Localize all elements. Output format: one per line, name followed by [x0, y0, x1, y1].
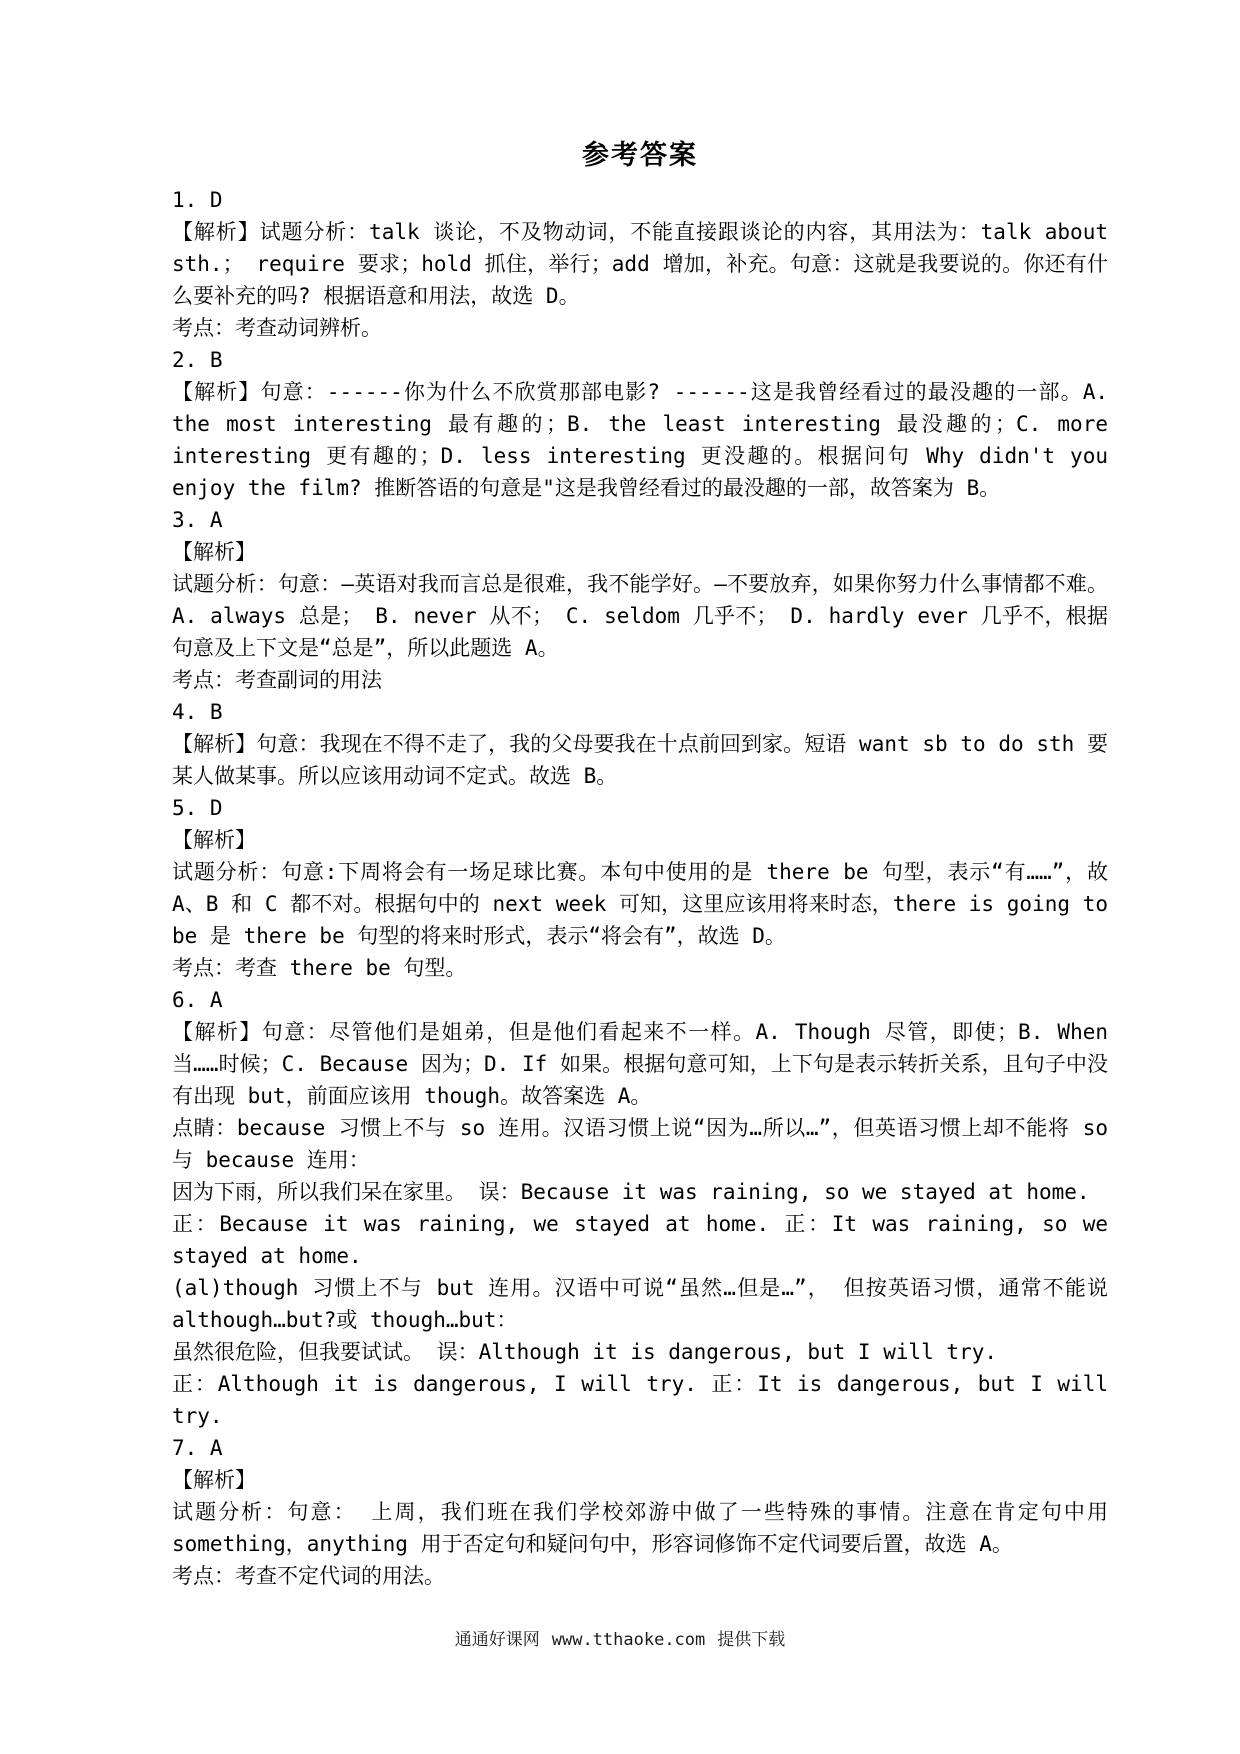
- analysis-paragraph: 试题分析：句意：—英语对我而言总是很难，我不能学好。—不要放弃，如果你努力什么事…: [172, 568, 1108, 664]
- answer-number: 5. D: [172, 792, 1108, 824]
- answer-item-1: 1. D 【解析】试题分析：talk 谈论，不及物动词，不能直接跟谈论的内容，其…: [172, 184, 1108, 344]
- analysis-paragraph: 【解析】试题分析：talk 谈论，不及物动词，不能直接跟谈论的内容，其用法为：t…: [172, 216, 1108, 312]
- answer-item-6: 6. A 【解析】句意：尽管他们是姐弟，但是他们看起来不一样。A. Though…: [172, 984, 1108, 1432]
- example-paragraph: 虽然很危险，但我要试试。 误：Although it is dangerous,…: [172, 1336, 1108, 1368]
- analysis-paragraph: 【解析】句意：我现在不得不走了，我的父母要我在十点前回到家。短语 want sb…: [172, 728, 1108, 792]
- example-paragraph: 正：Because it was raining, we stayed at h…: [172, 1208, 1108, 1272]
- answer-number: 4. B: [172, 696, 1108, 728]
- analysis-paragraph: 【解析】句意：------你为什么不欣赏那部电影? ------这是我曾经看过的…: [172, 376, 1108, 504]
- analysis-label-paragraph: 【解析】: [172, 824, 1108, 856]
- answer-item-7: 7. A 【解析】 试题分析：句意： 上周，我们班在我们学校郊游中做了一些特殊的…: [172, 1432, 1108, 1592]
- document-content: 参考答案 1. D 【解析】试题分析：talk 谈论，不及物动词，不能直接跟谈论…: [172, 136, 1108, 1592]
- analysis-paragraph: 试题分析：句意： 上周，我们班在我们学校郊游中做了一些特殊的事情。注意在肯定句中…: [172, 1496, 1108, 1560]
- footer-suffix: 提供下载: [717, 1630, 785, 1650]
- tip-paragraph: 点睛：because 习惯上不与 so 连用。汉语习惯上说“因为…所以…”，但英…: [172, 1112, 1108, 1176]
- analysis-paragraph: 【解析】句意：尽管他们是姐弟，但是他们看起来不一样。A. Though 尽管，即…: [172, 1016, 1108, 1112]
- answer-number: 7. A: [172, 1432, 1108, 1464]
- tip-paragraph: (al)though 习惯上不与 but 连用。汉语中可说“虽然…但是…”， 但…: [172, 1272, 1108, 1336]
- example-paragraph: 因为下雨，所以我们呆在家里。 误：Because it was raining,…: [172, 1176, 1108, 1208]
- exam-point-paragraph: 考点：考查 there be 句型。: [172, 952, 1108, 984]
- footer-url: www.tthaoke.com: [552, 1630, 706, 1650]
- footer-site-name: 通通好课网: [455, 1630, 540, 1650]
- exam-point-paragraph: 考点：考查动词辨析。: [172, 312, 1108, 344]
- answer-number: 1. D: [172, 184, 1108, 216]
- example-paragraph: 正：Although it is dangerous, I will try. …: [172, 1368, 1108, 1432]
- exam-point-paragraph: 考点：考查副词的用法: [172, 664, 1108, 696]
- answer-item-4: 4. B 【解析】句意：我现在不得不走了，我的父母要我在十点前回到家。短语 wa…: [172, 696, 1108, 792]
- answer-number: 6. A: [172, 984, 1108, 1016]
- answer-item-3: 3. A 【解析】 试题分析：句意：—英语对我而言总是很难，我不能学好。—不要放…: [172, 504, 1108, 696]
- answer-item-5: 5. D 【解析】 试题分析：句意:下周将会有一场足球比赛。本句中使用的是 th…: [172, 792, 1108, 984]
- page-title: 参考答案: [172, 136, 1108, 176]
- document-page: 参考答案 1. D 【解析】试题分析：talk 谈论，不及物动词，不能直接跟谈论…: [0, 0, 1240, 1754]
- exam-point-paragraph: 考点：考查不定代词的用法。: [172, 1560, 1108, 1592]
- answer-number: 2. B: [172, 344, 1108, 376]
- analysis-label-paragraph: 【解析】: [172, 536, 1108, 568]
- answer-item-2: 2. B 【解析】句意：------你为什么不欣赏那部电影? ------这是我…: [172, 344, 1108, 504]
- answer-number: 3. A: [172, 504, 1108, 536]
- footer-watermark: 通通好课网www.tthaoke.com提供下载: [0, 1628, 1240, 1652]
- analysis-paragraph: 试题分析：句意:下周将会有一场足球比赛。本句中使用的是 there be 句型，…: [172, 856, 1108, 952]
- analysis-label-paragraph: 【解析】: [172, 1464, 1108, 1496]
